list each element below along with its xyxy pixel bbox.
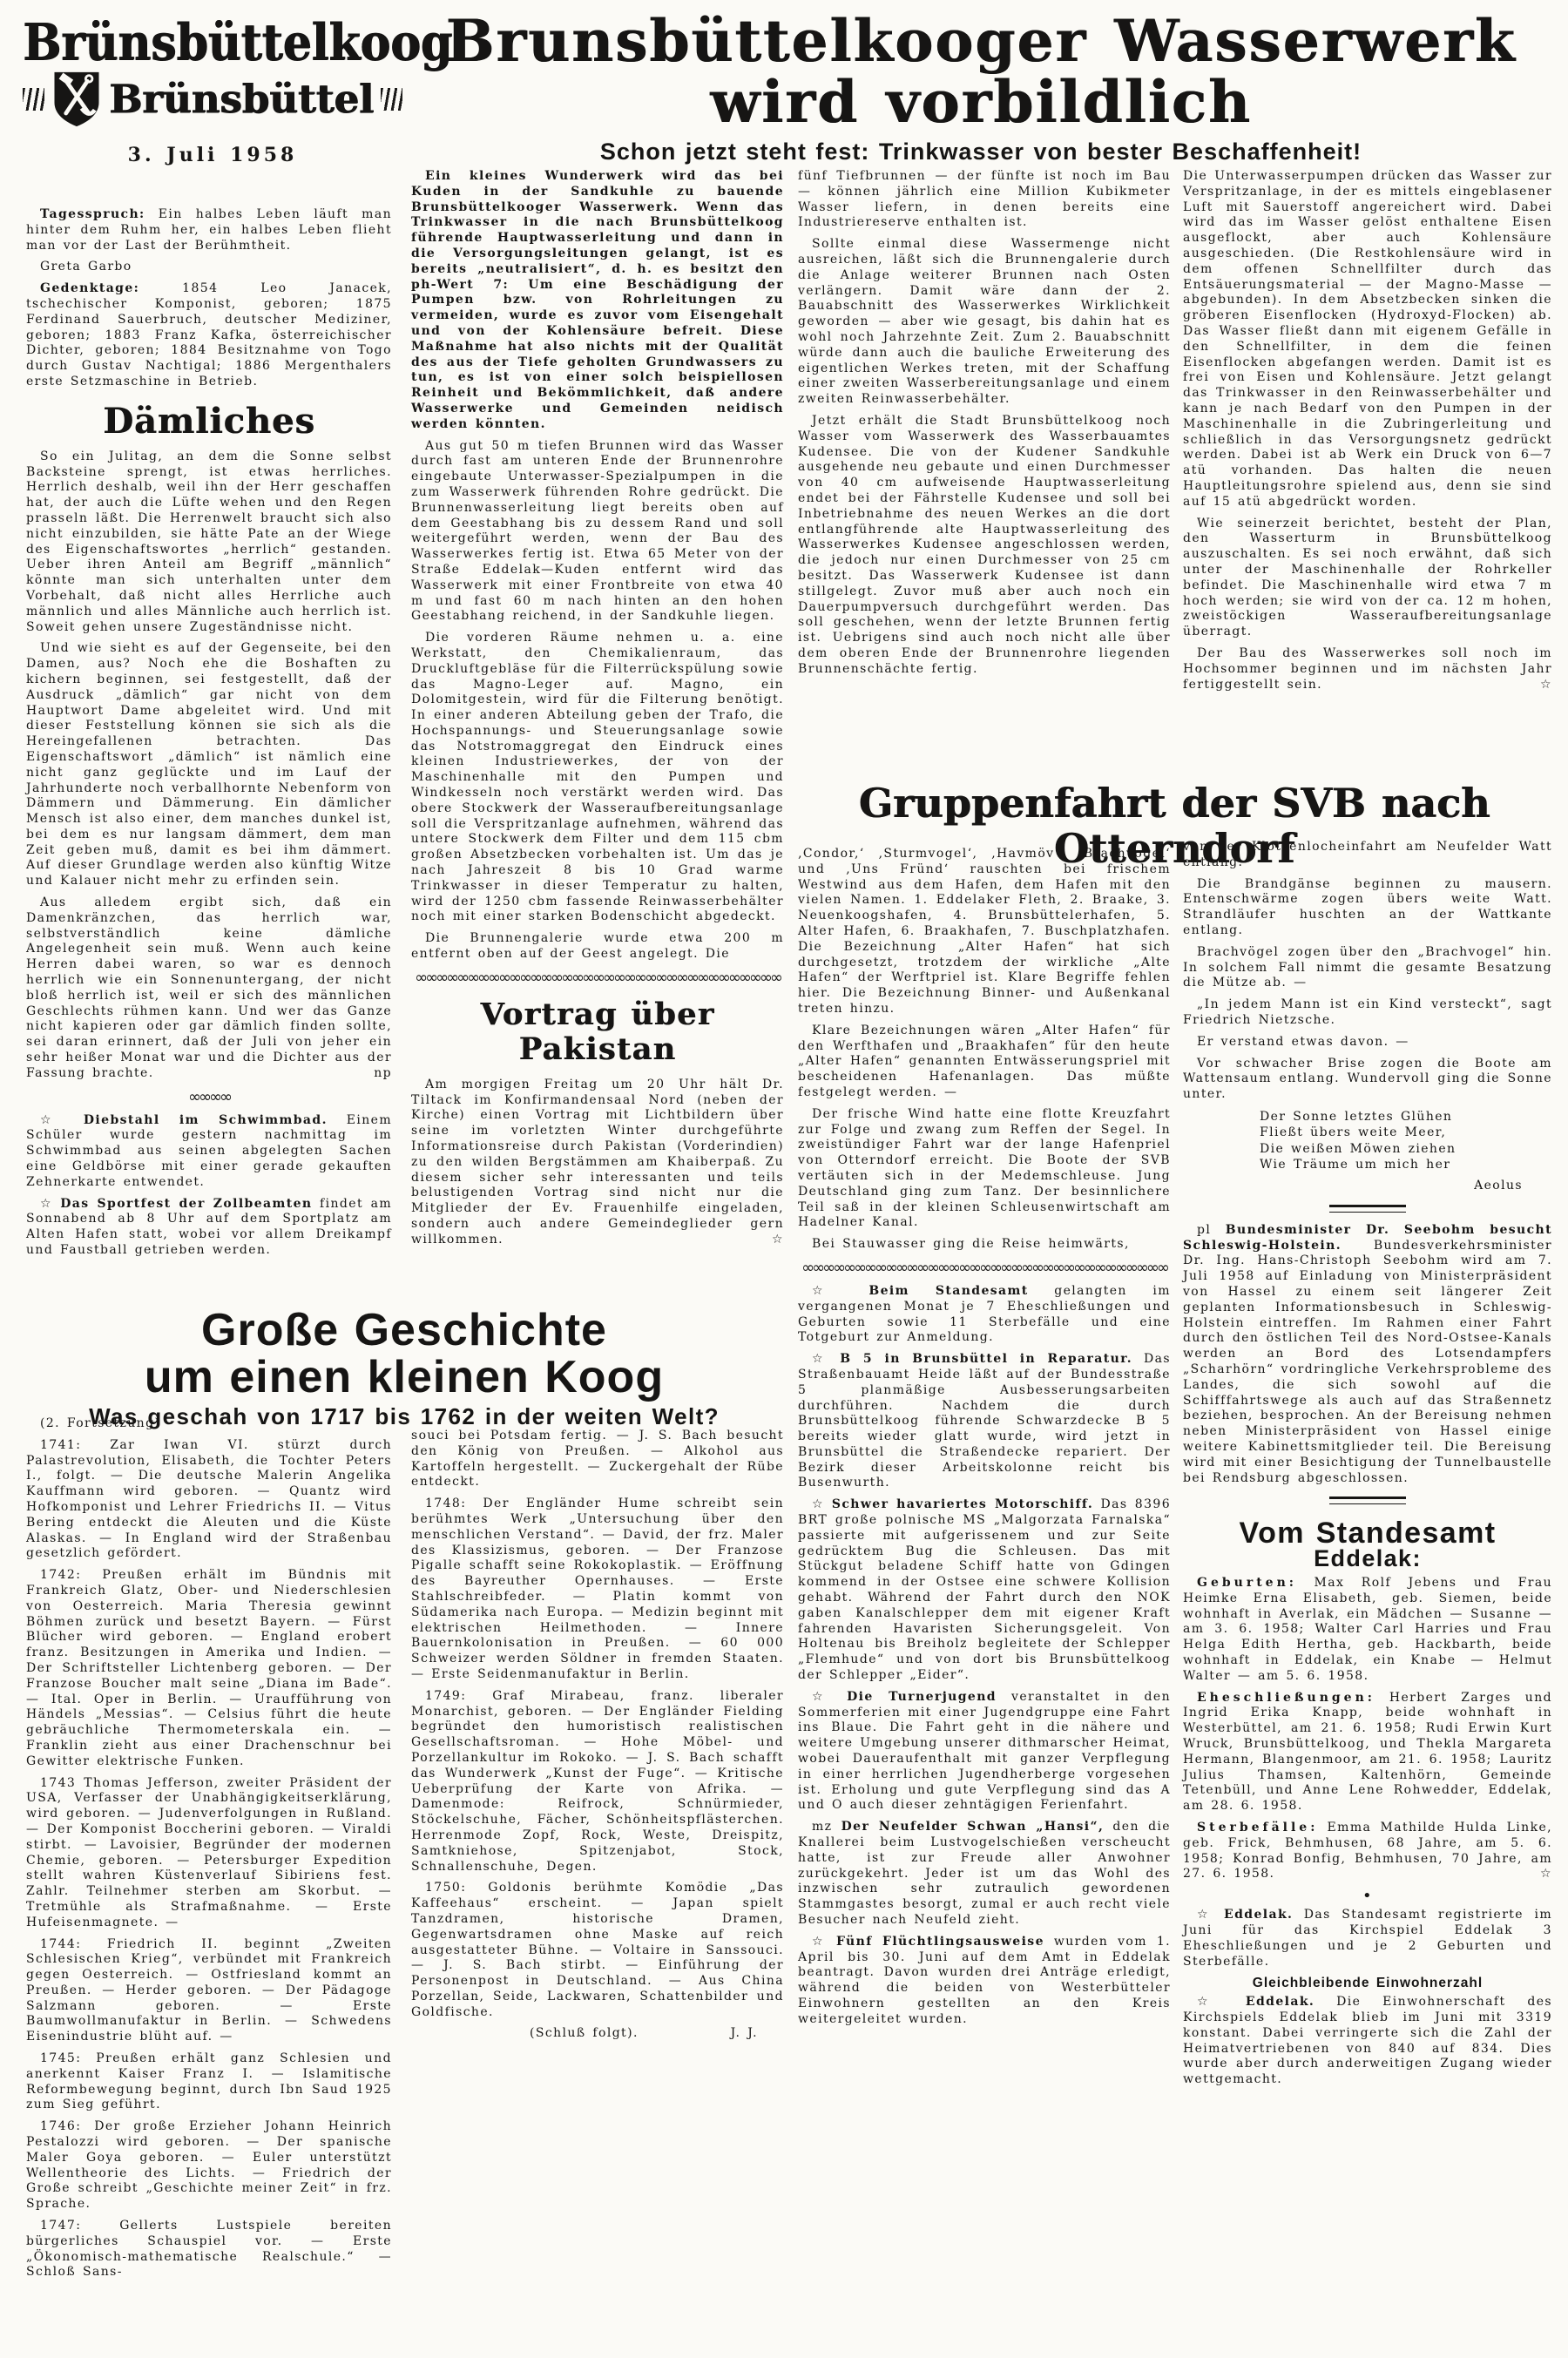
tagesspruch-author: Greta Garbo <box>26 260 392 275</box>
gruppenfahrt-c4-p5: Er verstand etwas davon. — <box>1183 1035 1552 1051</box>
column-4-upper: Die Unterwasserpumpen drücken das Wasser… <box>1183 169 1552 699</box>
wasserwerk-c3-p3: Jetzt erhält die Stadt Brunsbüttelkoog n… <box>798 414 1171 678</box>
wasserwerk-p4: Die Brunnengalerie wurde etwa 200 m entf… <box>411 931 784 963</box>
wasserwerk-p2: Aus gut 50 m tiefen Brunnen wird das Was… <box>411 439 784 625</box>
hatch-right-icon <box>381 88 402 111</box>
geschichte-1747: 1747: Gellerts Lustspiele bereiten bürge… <box>26 2219 392 2280</box>
pakistan-text: Am morgigen Freitag um 20 Uhr hält Dr. T… <box>411 1078 784 1248</box>
news-item-b5: ☆ B 5 in Brunsbüttel in Reparatur. Das S… <box>798 1352 1171 1491</box>
geschichte-signature: J. J. <box>717 2026 758 2042</box>
daemliches-p2: Und wie sieht es auf der Gegenseite, bei… <box>26 641 392 889</box>
end-star-icon: ☆ <box>758 1233 784 1248</box>
issue-date: 3. Juli 1958 <box>23 148 402 164</box>
masthead-title-buettel: Brünsbüttel <box>109 78 374 121</box>
geschichte-1743: 1743 Thomas Jefferson, zweiter Präsident… <box>26 1776 392 1931</box>
main-headline-block: Brunsbüttelkooger Wasserwerk wird vorbil… <box>409 10 1552 160</box>
newspaper-page: Brünsbüttelkoog Brünsbüttel 3. Juli 1958 <box>0 0 1568 2358</box>
wasserwerk-c4-p2: Wie seinerzeit berichtet, besteht der Pl… <box>1183 517 1552 640</box>
gruppenfahrt-c3-p3: Der frische Wind hatte eine flotte Kreuz… <box>798 1107 1171 1231</box>
column-1-lower: (2. Fortsetzung) 1741: Zar Iwan VI. stür… <box>26 1416 392 2287</box>
hatch-left-icon <box>23 88 44 111</box>
geschichte-closing: (Schluß folgt).J. J. <box>411 2026 784 2042</box>
gruppenfahrt-c4-p1: von der Klotzenlocheinfahrt am Neufelder… <box>1183 840 1552 871</box>
gruppenfahrt-c4-p3: Brachvögel zogen über den „Brachvogel“ h… <box>1183 945 1552 991</box>
news-item-standesamt: ☆ Beim Standesamt gelangten im vergangen… <box>798 1284 1171 1346</box>
ornament-divider: ∞∞∞∞ <box>26 1089 392 1106</box>
news-item-eddelak-einwohner: ☆ Eddelak. Die Einwohnerschaft des Kirch… <box>1183 1995 1552 2088</box>
gruppenfahrt-c3-p2: Klare Bezeichnungen wären „Alter Hafen“ … <box>798 1024 1171 1101</box>
ornament-divider: ∞∞∞∞∞∞∞∞∞∞∞∞∞∞∞∞∞∞∞∞∞∞∞∞∞∞∞∞∞∞∞∞∞∞∞ <box>411 970 784 987</box>
news-item-seebohm: pl Bundesminister Dr. Seebohm besucht Sc… <box>1183 1223 1552 1487</box>
geschichte-continuation-note: (2. Fortsetzung) <box>26 1416 392 1432</box>
geschichte-1748: 1748: Der Engländer Hume schreibt sein b… <box>411 1497 784 1683</box>
standesamt-sterbefaelle: Sterbefälle: Emma Mathilde Hulda Linke, … <box>1183 1821 1552 1882</box>
column-4-lower: von der Klotzenlocheinfahrt am Neufelder… <box>1183 840 1552 2094</box>
tagesspruch: Tagesspruch: Ein halbes Leben läuft man … <box>26 207 392 253</box>
gedenktage: Gedenktage: 1854 Leo Janacek, tschechisc… <box>26 281 392 390</box>
main-subhead: Schon jetzt steht fest: Trinkwasser von … <box>409 145 1552 160</box>
gruppenfahrt-c4-p6: Vor schwacher Brise zogen die Boote am W… <box>1183 1057 1552 1103</box>
geschichte-souci: souci bei Potsdam fertig. — J. S. Bach b… <box>411 1429 784 1490</box>
column-2-lower: souci bei Potsdam fertig. — J. S. Bach b… <box>411 1429 784 2048</box>
geschichte-headline-line1: Große Geschichte <box>24 1307 784 1354</box>
geschichte-1742: 1742: Preußen erhält im Bündnis mit Fran… <box>26 1568 392 1769</box>
daemliches-p1: So ein Julitag, an dem die Sonne selbst … <box>26 449 392 636</box>
news-item-sportfest: ☆ Das Sportfest der Zollbeamten findet a… <box>26 1197 392 1259</box>
einwohnerzahl-headline: Gleichbleibende Einwohnerzahl <box>1183 1976 1552 1991</box>
gruppenfahrt-signature: Aeolus <box>1183 1179 1552 1194</box>
tagesspruch-label: Tagesspruch: <box>40 207 145 221</box>
geschichte-1744: 1744: Friedrich II. beginnt „Zweiten Sch… <box>26 1937 392 2046</box>
daemliches-signature: np <box>360 1066 392 1082</box>
column-3-lower: ‚Condor,‘ ‚Sturmvogel‘, ‚Havmöv‘, ‚Brach… <box>798 847 1171 2034</box>
daemliches-p3: Aus alledem ergibt sich, daß ein Damenkr… <box>26 895 392 1082</box>
geschichte-1749: 1749: Graf Mirabeau, franz. liberaler Mo… <box>411 1689 784 1875</box>
column-2-upper: Ein kleines Wunderwerk wird das bei Kude… <box>411 169 784 1254</box>
geschichte-1746: 1746: Der große Erzieher Johann Heinrich… <box>26 2119 392 2213</box>
daemliches-headline: Dämliches <box>26 402 392 441</box>
gruppenfahrt-c4-p2: Die Brandgänse beginnen zu mausern. Ente… <box>1183 877 1552 939</box>
column-1-upper: Tagesspruch: Ein halbes Leben läuft man … <box>26 207 392 1265</box>
wasserwerk-c4-p3: Der Bau des Wasserwerkes soll noch im Ho… <box>1183 646 1552 693</box>
geschichte-1745: 1745: Preußen erhält ganz Schlesien und … <box>26 2051 392 2113</box>
geschichte-headline-block: Große Geschichte um einen kleinen Koog W… <box>24 1307 784 1425</box>
standesamt-geburten: Geburten: Max Rolf Jebens und Frau Heimk… <box>1183 1576 1552 1685</box>
section-divider <box>1329 1497 1406 1504</box>
standesamt-eheschliessungen: Eheschließungen: Herbert Zarges und Ingr… <box>1183 1691 1552 1814</box>
wasserwerk-lead: Ein kleines Wunderwerk wird das bei Kude… <box>411 169 784 433</box>
masthead: Brünsbüttelkoog Brünsbüttel 3. Juli 1958 <box>23 16 402 164</box>
gruppenfahrt-poem: Der Sonne letztes Glühen Fließt übers we… <box>1260 1109 1552 1173</box>
main-headline-line1: Brunsbüttelkooger Wasserwerk <box>409 10 1552 71</box>
wasserwerk-c3-p2: Sollte einmal diese Wassermenge nicht au… <box>798 237 1171 408</box>
news-item-turnerjugend: ☆ Die Turnerjugend veranstaltet in den S… <box>798 1690 1171 1814</box>
geschichte-headline-line2: um einen kleinen Koog <box>24 1354 784 1401</box>
gruppenfahrt-c3-p4: Bei Stauwasser ging die Reise heimwärts, <box>798 1237 1171 1253</box>
gruppenfahrt-c3-p1: ‚Condor,‘ ‚Sturmvogel‘, ‚Havmöv‘, ‚Brach… <box>798 847 1171 1017</box>
masthead-title-koog: Brünsbüttelkoog <box>23 16 402 71</box>
main-headline-line2: wird vorbildlich <box>409 71 1552 132</box>
geschichte-1741: 1741: Zar Iwan VI. stürzt durch Palastre… <box>26 1438 392 1562</box>
news-item-diebstahl: ☆ Diebstahl im Schwimmbad. Einem Schüler… <box>26 1113 392 1191</box>
gruppenfahrt-c4-p4: „In jedem Mann ist ein Kind versteckt“, … <box>1183 997 1552 1029</box>
end-star-icon: ☆ <box>1526 678 1552 693</box>
standesamt-subhead: Eddelak: <box>1183 1551 1552 1567</box>
end-star-icon: ☆ <box>1526 1867 1552 1882</box>
pakistan-headline: Vortrag über Pakistan <box>411 997 784 1067</box>
news-item-motorschiff: ☆ Schwer havariertes Motorschiff. Das 83… <box>798 1497 1171 1684</box>
column-3-upper: fünf Tiefbrunnen — der fünfte ist noch i… <box>798 169 1171 684</box>
geschichte-1750: 1750: Goldonis berühmte Komödie „Das Kaf… <box>411 1881 784 2020</box>
news-item-fluechtlingsausweise: ☆ Fünf Flüchtlingsausweise wurden vom 1.… <box>798 1935 1171 2028</box>
gedenktage-label: Gedenktage: <box>40 281 139 295</box>
wasserwerk-p3: Die vorderen Räume nehmen u. a. eine Wer… <box>411 631 784 925</box>
anchor-hammer-shield-icon <box>51 70 102 129</box>
news-item-eddelak-standesamt: ☆ Eddelak. Das Standesamt registrierte i… <box>1183 1908 1552 1970</box>
bullet-divider: • <box>1183 1888 1552 1904</box>
news-item-schwan: mz Der Neufelder Schwan „Hansi“, den die… <box>798 1820 1171 1929</box>
section-divider <box>1329 1205 1406 1213</box>
wasserwerk-c4-p1: Die Unterwasserpumpen drücken das Wasser… <box>1183 169 1552 510</box>
ornament-divider: ∞∞∞∞∞∞∞∞∞∞∞∞∞∞∞∞∞∞∞∞∞∞∞∞∞∞∞∞∞∞∞∞∞∞∞ <box>798 1260 1171 1277</box>
wasserwerk-c3-p1: fünf Tiefbrunnen — der fünfte ist noch i… <box>798 169 1171 231</box>
